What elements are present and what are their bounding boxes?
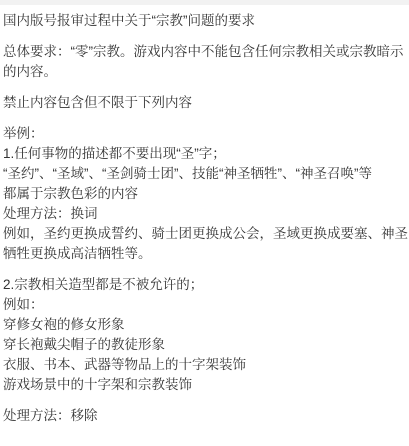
doc-line: 都属于宗教色彩的内容 bbox=[3, 184, 405, 204]
doc-line: 例如： bbox=[3, 295, 405, 315]
doc-line: 游戏场景中的十字架和宗教装饰 bbox=[3, 375, 405, 395]
doc-line: 穿修女袍的修女形象 bbox=[3, 315, 405, 335]
paragraph-handling-remove: 处理方法：移除 bbox=[3, 406, 405, 426]
doc-line: 2.宗教相关造型都是不被允许的； bbox=[3, 275, 405, 295]
doc-line: 的内容。 bbox=[3, 62, 405, 82]
paragraph-title: 国内版号报审过程中关于“宗教”问题的要求 bbox=[3, 11, 405, 31]
doc-title: 国内版号报审过程中关于“宗教”问题的要求 bbox=[3, 11, 405, 31]
doc-line: 牺牲更换成高洁牺牲等。 bbox=[3, 244, 405, 264]
paragraph-example-1: 举例： 1.任何事物的描述都不要出现“圣”字； “圣约”、“圣域”、“圣剑骑士团… bbox=[3, 124, 405, 264]
doc-line: 例如，圣约更换成誓约、骑士团更换成公会，圣域更换成要塞、神圣 bbox=[3, 224, 405, 244]
paragraph-prohibited-heading: 禁止内容包含但不限于下列内容 bbox=[3, 93, 405, 113]
doc-line: 总体要求：“零”宗教。游戏内容中不能包含任何宗教相关或宗教暗示 bbox=[3, 42, 405, 62]
doc-line: 处理方法：移除 bbox=[3, 406, 405, 426]
doc-line: 穿长袍戴尖帽子的教徒形象 bbox=[3, 335, 405, 355]
doc-line: 1.任何事物的描述都不要出现“圣”字； bbox=[3, 144, 405, 164]
paragraph-overall-requirement: 总体要求：“零”宗教。游戏内容中不能包含任何宗教相关或宗教暗示 的内容。 bbox=[3, 42, 405, 82]
doc-line: 禁止内容包含但不限于下列内容 bbox=[3, 93, 405, 113]
document-body: 国内版号报审过程中关于“宗教”问题的要求 总体要求：“零”宗教。游戏内容中不能包… bbox=[0, 5, 409, 426]
doc-line: 衣服、书本、武器等物品上的十字架装饰 bbox=[3, 355, 405, 375]
doc-line: “圣约”、“圣域”、“圣剑骑士团”、技能“神圣牺牲”、“神圣召唤”等 bbox=[3, 164, 405, 184]
paragraph-example-2: 2.宗教相关造型都是不被允许的； 例如： 穿修女袍的修女形象 穿长袍戴尖帽子的教… bbox=[3, 275, 405, 395]
doc-line: 处理方法：换词 bbox=[3, 204, 405, 224]
doc-line: 举例： bbox=[3, 124, 405, 144]
